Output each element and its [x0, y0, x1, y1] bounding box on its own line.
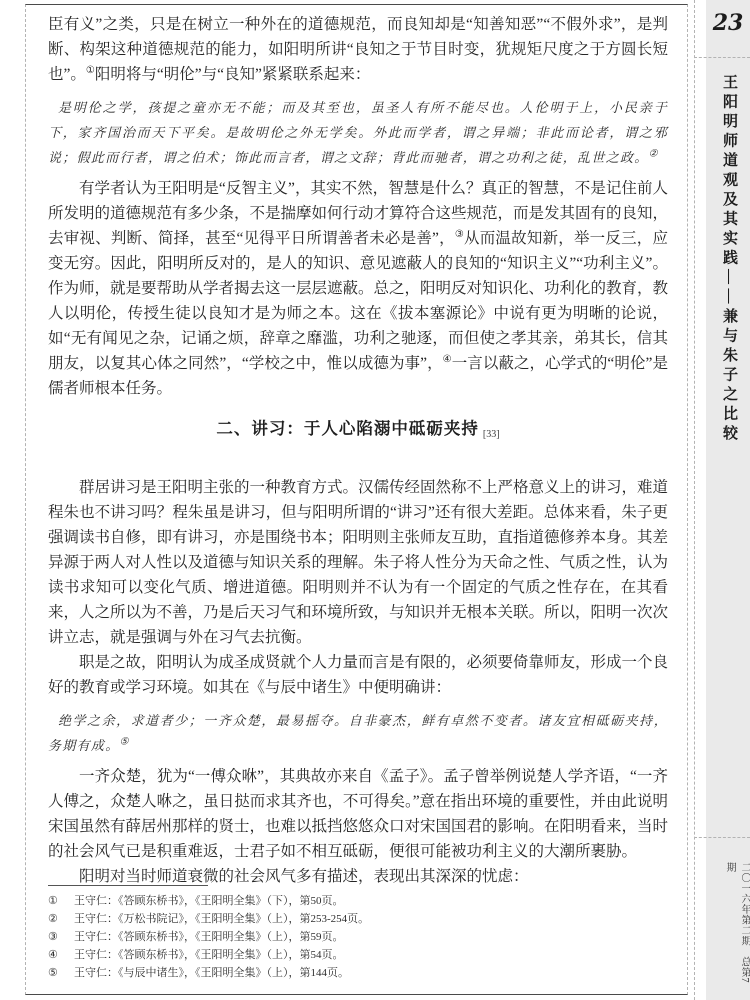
section-heading: 二、讲习：于人心陷溺中砥砺夹持[33] — [48, 417, 668, 447]
paragraph-3: 群居讲习是王阳明主张的一种教育方式。汉儒传经固然称不上严格意义上的讲习，难道程朱… — [48, 475, 668, 650]
footnote-row: ① 王守仁：《答顾东桥书》，《王阳明全集》（下），第50页。 — [48, 892, 668, 910]
footnote-row: ③ 王守仁：《答顾东桥书》，《王阳明全集》（上），第59页。 — [48, 928, 668, 946]
block-quote-1: 是明伦之学，孩提之童亦无不能；而及其至也，虽圣人有所不能尽也。人伦明于上，小民亲… — [48, 95, 668, 170]
paragraph-4: 职是之故，阳明认为成圣成贤就个人力量而言是有限的，必须要倚靠师友，形成一个良好的… — [48, 650, 668, 700]
block-quote-2: 绝学之余，求道者少；一齐众楚，最易摇夺。自非豪杰，鲜有卓然不变者。诸友宜相砥砺夹… — [48, 708, 668, 758]
footnote-number: ⑤ — [48, 964, 74, 982]
footnote-number: ③ — [48, 928, 74, 946]
section-heading-marker: [33] — [483, 429, 500, 440]
sidebar-rule-top — [694, 57, 750, 58]
footnote-row: ④ 王守仁：《答顾东桥书》，《王阳明全集》（上），第54页。 — [48, 946, 668, 964]
footnote-number: ① — [48, 892, 74, 910]
paragraph-2: 有学者认为王阳明是“反智主义”，其实不然，智慧是什么？真正的智慧，不是记住前人所… — [48, 176, 668, 401]
footnotes-section: ① 王守仁：《答顾东桥书》，《王阳明全集》（下），第50页。 ② 王守仁：《万松… — [48, 885, 668, 982]
sidebar-divider-line — [694, 0, 695, 1000]
paragraph-5: 一齐众楚，犹为“一傅众咻”，其典故亦来自《孟子》。孟子曾举例说楚人学齐语，“一齐… — [48, 764, 668, 864]
sidebar-article-title: 王阳明师道观及其实践——兼与朱子之比较 — [719, 74, 740, 634]
footnote-number: ② — [48, 910, 74, 928]
footnote-text: 王守仁：《万松书院记》，《王阳明全集》（上），第253-254页。 — [74, 910, 668, 928]
section-heading-text: 二、讲习：于人心陷溺中砥砺夹持 — [216, 420, 479, 438]
footnote-separator-rule — [48, 885, 208, 886]
footnote-text: 王守仁：《与辰中诸生》，《王阳明全集》（上），第144页。 — [74, 964, 668, 982]
journal-issue-info: 二〇一六年第二期 总第7期 — [722, 862, 750, 992]
footnote-text: 王守仁：《答顾东桥书》，《王阳明全集》（上），第54页。 — [74, 946, 668, 964]
footnote-text: 王守仁：《答顾东桥书》，《王阳明全集》（上），第59页。 — [74, 928, 668, 946]
article-body: 臣有义”之类，只是在树立一种外在的道德规范，而良知却是“知善知恶”“不假外求”，… — [48, 12, 668, 889]
page-number: 23 — [706, 10, 750, 36]
paragraph-continuation: 臣有义”之类，只是在树立一种外在的道德规范，而良知却是“知善知恶”“不假外求”，… — [48, 12, 668, 87]
footnote-row: ⑤ 王守仁：《与辰中诸生》，《王阳明全集》（上），第144页。 — [48, 964, 668, 982]
footnote-number: ④ — [48, 946, 74, 964]
footnote-text: 王守仁：《答顾东桥书》，《王阳明全集》（下），第50页。 — [74, 892, 668, 910]
footnote-row: ② 王守仁：《万松书院记》，《王阳明全集》（上），第253-254页。 — [48, 910, 668, 928]
sidebar-rule-bottom — [694, 837, 750, 838]
